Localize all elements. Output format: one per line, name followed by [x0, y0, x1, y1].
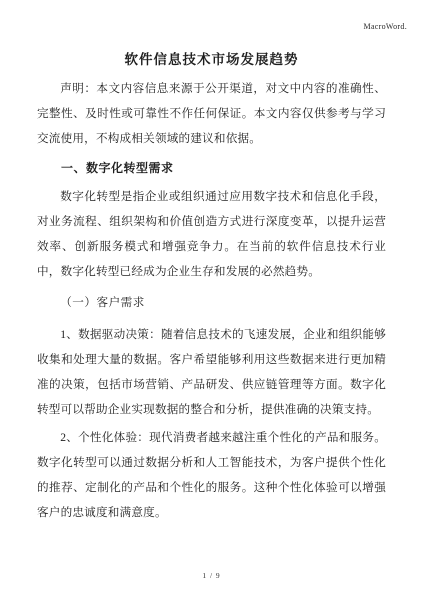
subsection-heading-customer-needs: （一）客户需求: [37, 290, 386, 315]
declaration-paragraph: 声明：本文内容信息来源于公开渠道，对文中内容的准确性、完整性、及时性或可靠性不作…: [37, 76, 386, 151]
document-page: MacroWord. 软件信息技术市场发展趋势 声明：本文内容信息来源于公开渠道…: [0, 0, 423, 600]
document-title: 软件信息技术市场发展趋势: [0, 0, 423, 70]
numbered-paragraph-personalized-experience: 2、个性化体验：现代消费者越来越注重个性化的产品和服务。数字化转型可以通过数据分…: [37, 425, 386, 525]
numbered-paragraph-data-driven-decision: 1、数据驱动决策：随着信息技术的飞速发展，企业和组织能够收集和处理大量的数据。客…: [37, 322, 386, 422]
brand-watermark: MacroWord.: [364, 22, 407, 31]
section-heading-digital-transformation: 一、数字化转型需求: [37, 156, 386, 181]
section-intro-paragraph: 数字化转型是指企业或组织通过应用数字技术和信息化手段，对业务流程、组织架构和价值…: [37, 184, 386, 284]
page-number: 1 / 9: [0, 571, 423, 580]
